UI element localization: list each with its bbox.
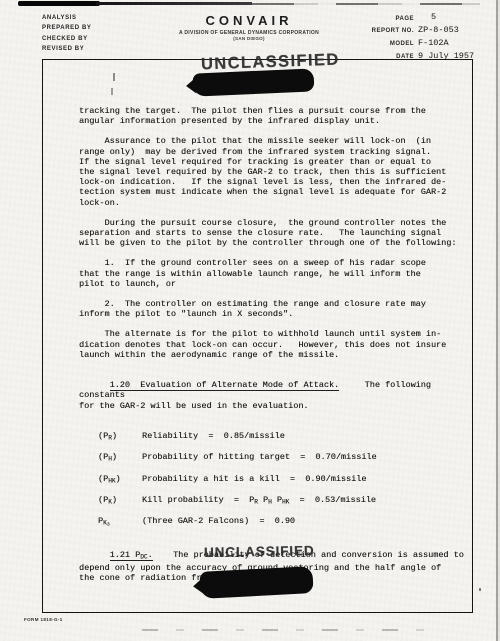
constant-symbol: (PHK) [98,474,142,487]
section-1-21-title: 1.21 PDC. [110,550,153,561]
constant-definition: Kill probability = PR PH PHK = 0.53/miss… [142,495,471,508]
section-1-20-title: 1.20 Evaluation of Alternate Mode of Att… [110,380,340,391]
scan-artifact-line [18,1,100,6]
company-logo-text: CONVAIR [160,13,338,28]
revised-by-label: REVISED BY [42,44,92,54]
model-label: MODEL [372,38,414,51]
report-no-value: ZP-8-053 [418,25,472,38]
page-edge-shadow [495,0,500,641]
constant-definition: Probability of hitting target = 0.70/mis… [142,452,471,465]
section-1-20-line2: for the GAR-2 will be used in the evalua… [79,401,309,411]
list-item-2: 2. The controller on estimating the rang… [79,299,471,319]
constants-table: (PR) Reliability = 0.85/missile (PH) Pro… [79,431,471,531]
scan-artifact-line [96,2,252,5]
constant-row-three-falcons: PK3 (Three GAR-2 Falcons) = 0.90 [98,516,471,531]
constant-row-reliability: (PR) Reliability = 0.85/missile [98,431,471,444]
constant-symbol: (PK) [98,495,142,508]
constant-definition: Probability a hit is a kill = 0.90/missi… [142,474,471,487]
scan-speck [479,588,481,591]
list-item-1: 1. If the ground controller sees on a sw… [79,258,471,289]
constant-symbol: (PH) [98,452,142,465]
report-meta-block: PAGE 5 REPORT NO. ZP-8-053 MODEL F-102A … [372,12,472,64]
form-number: FORM 1818-G-1 [24,617,63,622]
constant-symbol: PK3 [98,516,142,531]
section-1-20-heading: 1.20 Evaluation of Alternate Mode of Att… [79,370,471,421]
typewritten-body: tracking the target. The pilot then flie… [79,106,471,603]
prepared-by-label: PREPARED BY [42,23,92,33]
constant-row-hit-probability: (PH) Probability of hitting target = 0.7… [98,452,471,465]
paragraph-alternate: The alternate is for the pilot to withho… [79,329,471,360]
scan-artifact-line [252,3,480,5]
paragraph-assurance: Assurance to the pilot that the missile … [79,136,471,207]
company-header: CONVAIR A DIVISION OF GENERAL DYNAMICS C… [160,13,338,41]
constant-definition: Reliability = 0.85/missile [142,431,471,444]
page-number: 5 [418,12,472,25]
constant-row-hit-is-kill: (PHK) Probability a hit is a kill = 0.90… [98,474,471,487]
analysis-label: ANALYSIS [42,13,92,23]
constant-row-kill-probability: (PK) Kill probability = PR PH PHK = 0.53… [98,495,471,508]
constant-definition: (Three GAR-2 Falcons) = 0.90 [142,516,471,531]
scan-artifact-dashes [142,629,434,631]
page-label: PAGE [372,12,414,25]
company-location-line: (SAN DIEGO) [160,36,338,41]
report-no-label: REPORT NO. [372,25,414,38]
paragraph-during-closure: During the pursuit course closure, the g… [79,218,471,249]
analysis-block: ANALYSIS PREPARED BY CHECKED BY REVISED … [42,13,92,55]
constant-symbol: (PR) [98,431,142,444]
unclassified-stamp-bottom: UNCLASSIFIED [204,543,315,560]
checked-by-label: CHECKED BY [42,34,92,44]
scanned-report-page: ANALYSIS PREPARED BY CHECKED BY REVISED … [0,0,500,641]
paragraph-tracking-target: tracking the target. The pilot then flie… [79,106,471,126]
model-value: F-102A [418,38,472,51]
